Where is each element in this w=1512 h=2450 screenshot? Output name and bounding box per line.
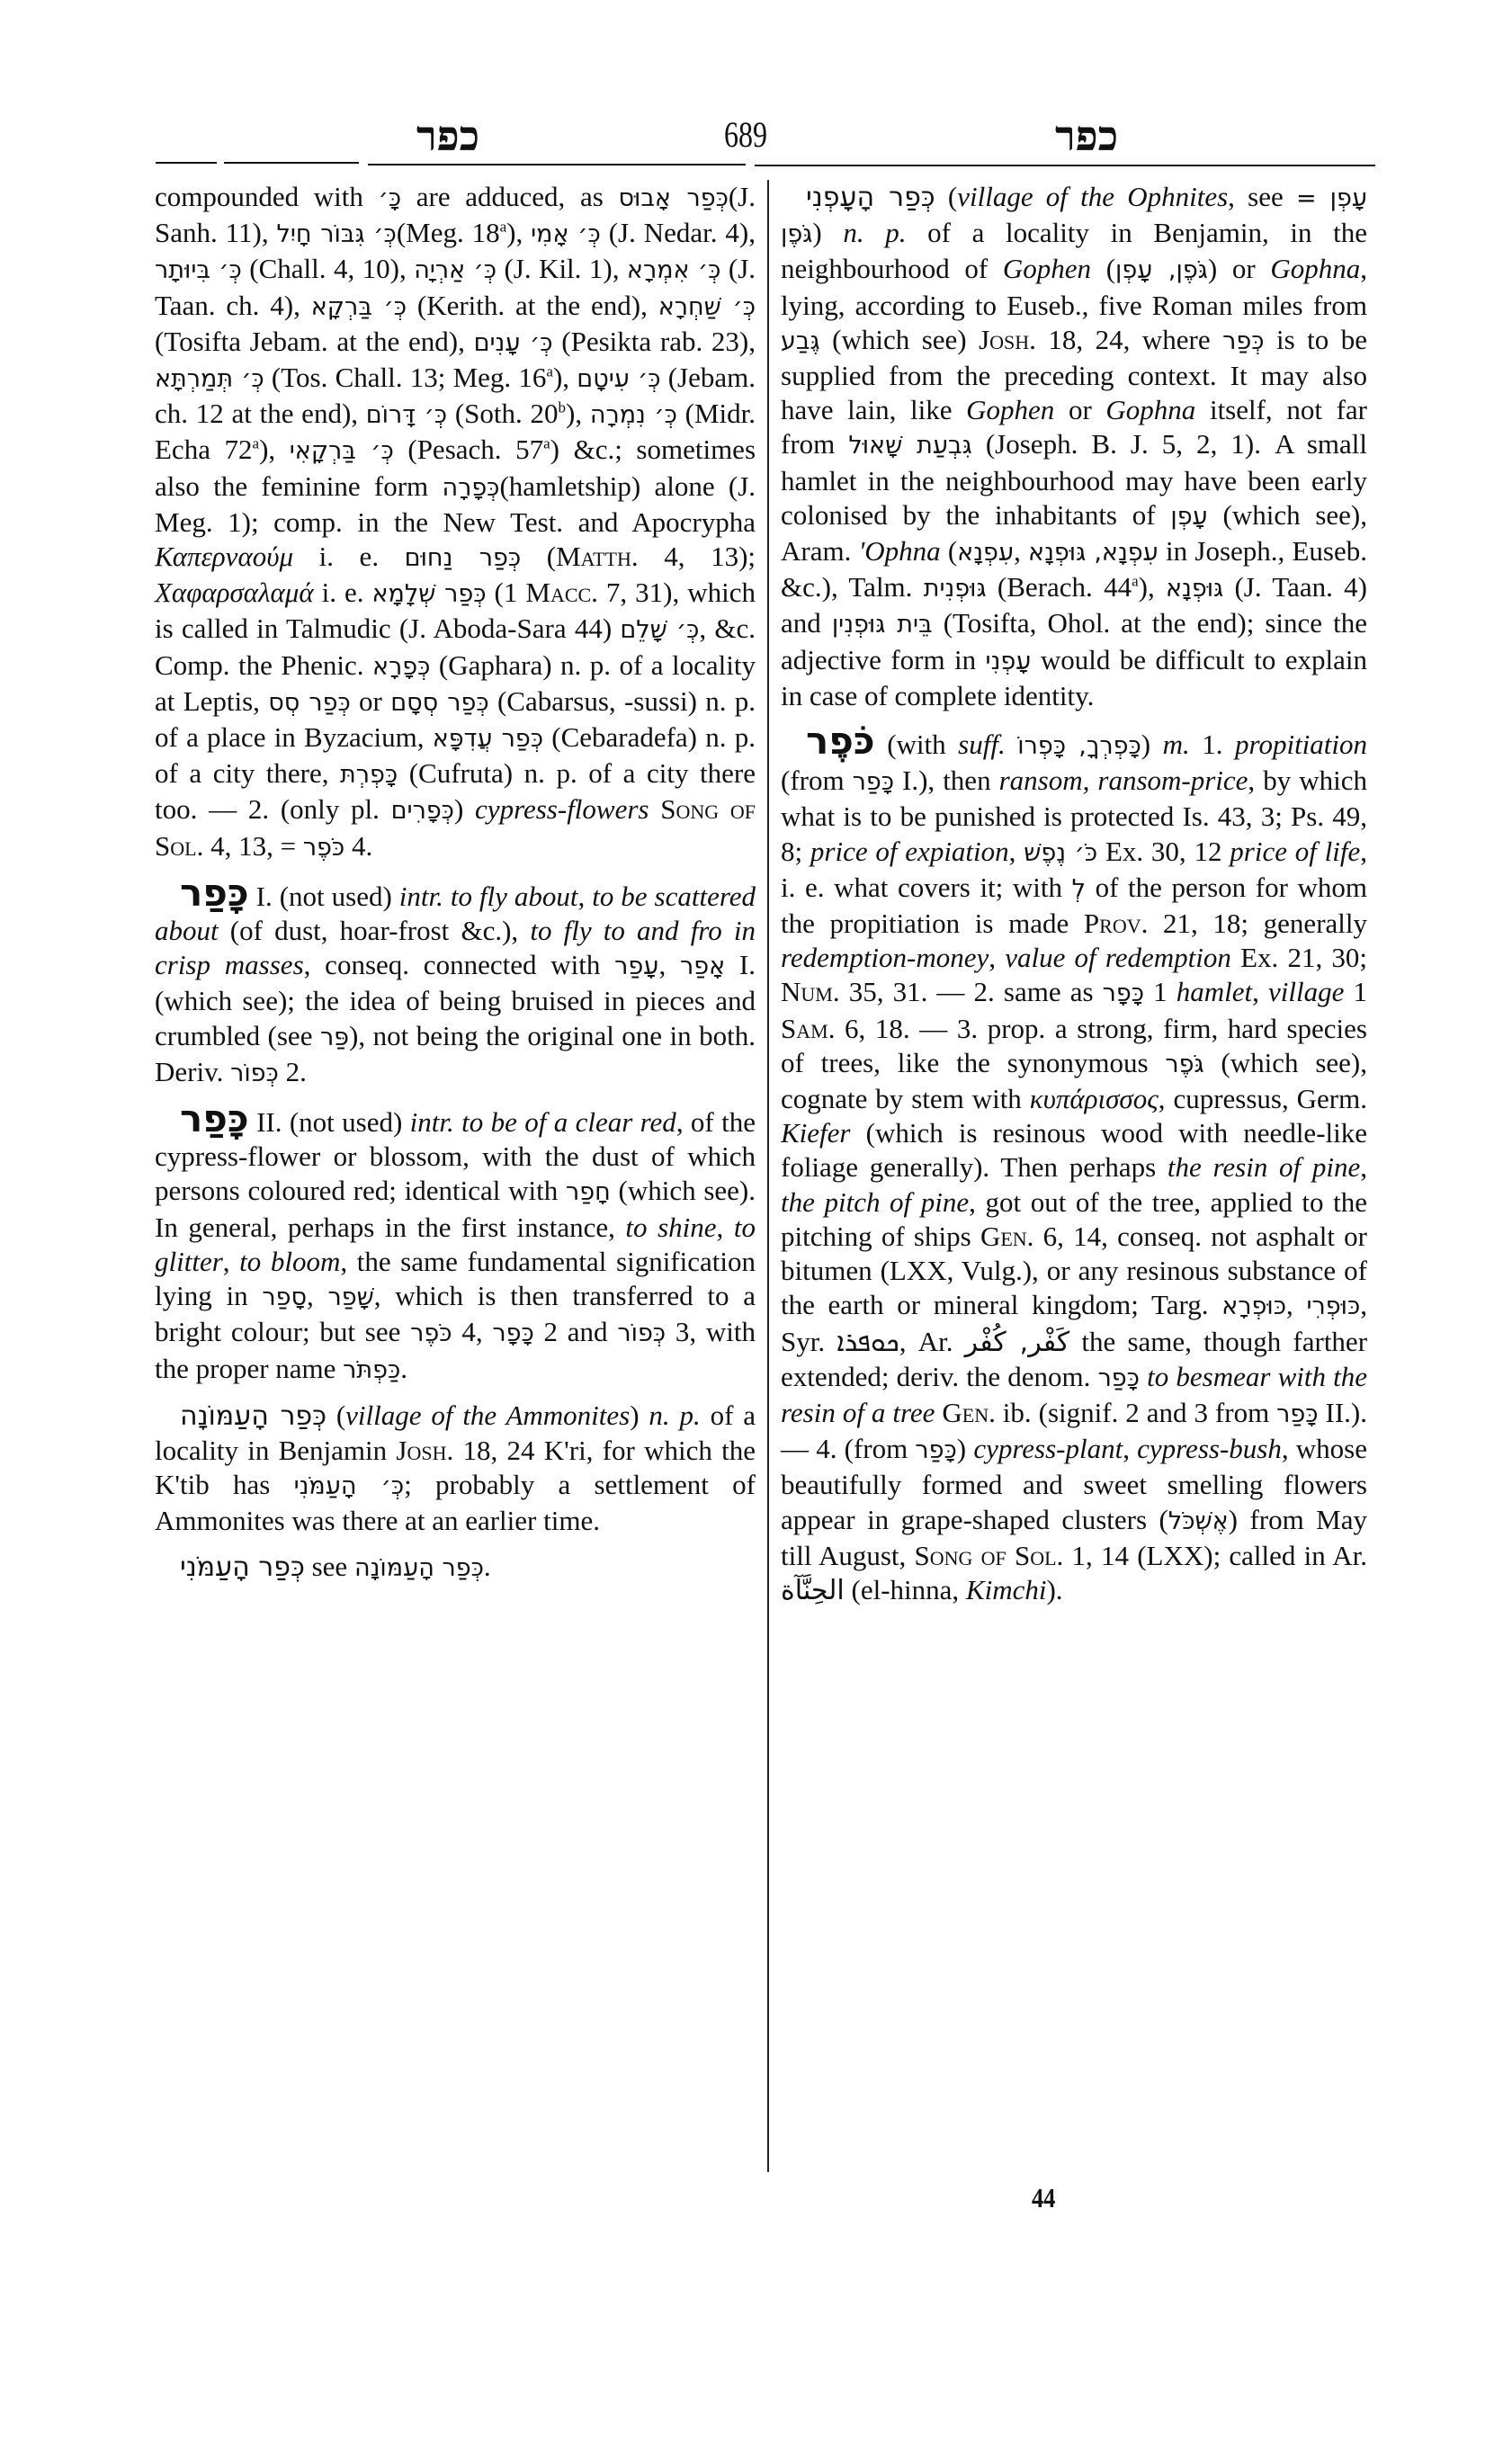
column-divider: [767, 180, 769, 2172]
header-rule: [224, 162, 359, 164]
running-header: כפר 689 כפר: [156, 106, 1370, 178]
headword: כְּפַר הָעַמּוֹנָה: [180, 1400, 327, 1432]
headword: כָּפַר: [180, 1096, 249, 1140]
header-rule: [755, 165, 1375, 166]
entry-kofer: כֹּפֶר (with suff. כָּפְרְךָ, כָּפְרוֹ) …: [781, 724, 1367, 1608]
header-rule: [156, 162, 217, 164]
header-right-word: כפר: [1055, 115, 1118, 156]
page-number: 689: [724, 117, 767, 153]
signature-mark: 44: [1032, 2182, 1055, 2214]
entry-kefar-haammoni: כְּפַר הָעַמֹּנִי see כְּפַר הָעַמּוֹנָה…: [155, 1550, 756, 1586]
entry-kefar-haammonah: כְּפַר הָעַמּוֹנָה (village of the Ammon…: [155, 1399, 756, 1539]
header-left-word: כפר: [416, 115, 479, 156]
headword: כְּפַר הָעַמֹּנִי: [180, 1551, 305, 1583]
entry-kefar-haophni: כְּפַר הָעָפְנִי (village of the Ophnite…: [781, 180, 1367, 713]
entry-continuation: compounded with כָּ׳ are adduced, as כְּ…: [155, 180, 756, 865]
header-rule: [368, 164, 746, 165]
left-column: compounded with כָּ׳ are adduced, as כְּ…: [155, 180, 756, 1586]
entry-kafar-1: כָּפַר I. (not used) intr. to fly about,…: [155, 876, 756, 1091]
headword: כָּפַר: [180, 871, 249, 915]
right-column: כְּפַר הָעָפְנִי (village of the Ophnite…: [781, 180, 1367, 1608]
headword: כְּפַר הָעָפְנִי: [806, 182, 935, 213]
entry-kafar-2: כָּפַר II. (not used) intr. to be of a c…: [155, 1102, 756, 1388]
headword: כֹּפֶר: [806, 719, 875, 763]
